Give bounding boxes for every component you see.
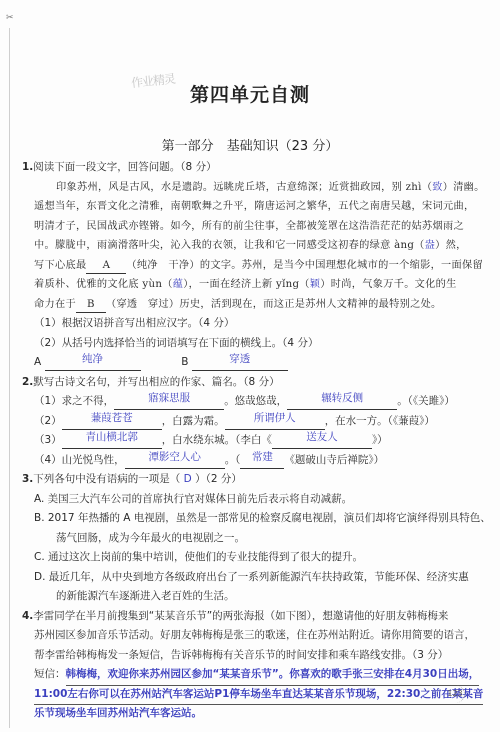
q4-answer-line: 短信：韩梅梅，欢迎你来苏州园区参加“某某音乐节”。你喜欢的歌手张三安排在4月30… xyxy=(22,665,482,685)
q4-answer-line: 乐节现场坐车回苏州站汽车客运站。 xyxy=(22,704,482,724)
q1-header: 1.阅读下面一段文字，回答问题。（8 分） xyxy=(22,158,482,178)
q4-prompt-line: 苏州园区参加音乐节活动。好朋友韩梅梅是张三的歌迷，住在苏州站附近。请你用简要的语… xyxy=(22,626,482,646)
questions: 1.阅读下面一段文字，回答问题。（8 分） 印象苏州，风是古风，水是遗韵。远眺虎… xyxy=(22,158,482,724)
q1-sub2: （2）从括号内选择恰当的词语填写在下面的横线上。（4 分） xyxy=(22,334,482,354)
blank-b: B xyxy=(76,297,106,313)
page-number: 123 xyxy=(446,685,465,703)
blank-a: A xyxy=(86,258,126,274)
q4-label: 短信： xyxy=(34,668,66,680)
q3-header: 3.下列各句中没有语病的一项是（ D ）（2 分） xyxy=(22,470,482,490)
answer-zhi: 致 xyxy=(432,182,443,193)
answer-blank-a: 纯净 xyxy=(45,355,141,371)
q4-answer-line: 11:00左右你可以在苏州站汽车客运站P1停车场坐车直达某某音乐节现场，22:3… xyxy=(22,685,482,705)
workbook-page: ✂ 作业精灵 第四单元自测 第一部分 基础知识（23 分） 1.阅读下面一段文字… xyxy=(0,0,500,732)
answer-ying: 颖 xyxy=(310,279,321,290)
scissors-icon: ✂ xyxy=(6,14,14,23)
answer-blank-b: 穿透 xyxy=(192,355,288,371)
passage-line: 中。朦胧中，雨滴滑落叶尖，沁入我的衣领，让我和它一同感受这初春的绿意 àng（盎… xyxy=(22,236,482,256)
q3-option-a: A. 美国三大汽车公司的首席执行官对媒体日前先后表示将自动减薪。 xyxy=(22,490,482,510)
passage-line: 印象苏州，风是古风，水是遗韵。远眺虎丘塔，古意绵深；近赏拙政园，别 zhì（致）… xyxy=(22,178,482,198)
q1-prompt: 阅读下面一段文字，回答问题。（8 分） xyxy=(33,161,216,173)
q2-item-4: （4）山光悦鸟性，潭影空人心。（常建《题破山寺后禅院》） xyxy=(22,451,482,471)
q3-option-c: C. 通过这次上岗前的集中培训，使他们的专业技能得到了很大的提升。 xyxy=(22,548,482,568)
q1-number: 1. xyxy=(22,161,33,173)
q1-passage: 印象苏州，风是古风，水是遗韵。远眺虎丘塔，古意绵深；近赏拙政园，别 zhì（致）… xyxy=(22,178,482,315)
q3-option-d: D. 最近几年，从中央到地方各级政府出台了一系列新能源汽车扶持政策，节能环保、经… xyxy=(22,568,482,588)
passage-line: 着质朴、优雅的文化底 yùn（蕴），一面在经济上新 yǐng（颖）时尚，气象万千… xyxy=(22,275,482,295)
passage-line: 明清才子，民国战武亦铿锵。如今，所有的前尘往事，全都被笼罩在这浩浩茫茫的姑苏烟雨… xyxy=(22,217,482,237)
passage-line: 遥想当年，东晋文化之清雅，南朝歌舞之升平，隋唐运河之繁华，五代之南唐吴越，宋词元… xyxy=(22,197,482,217)
q2-item-3: （3）青山横北郭，白水绕东城。（李白《送友人》） xyxy=(22,431,482,451)
q2-item-1: （1）求之不得，寤寐思服。悠哉悠哉，辗转反侧。（《关雎》） xyxy=(22,392,482,412)
unit-title: 第四单元自测 xyxy=(0,80,500,107)
q1-answers: A 纯净 B 穿透 xyxy=(22,353,482,373)
part-title: 第一部分 基础知识（23 分） xyxy=(0,135,500,154)
q4-answer: 韩梅梅，欢迎你来苏州园区参加“某某音乐节”。你喜欢的歌手张三安排在4月30日出场… xyxy=(66,665,480,686)
q3-option-d-cont: 的新能源汽车逐渐进入老百姓的生活。 xyxy=(22,587,482,607)
answer-ang: 盎 xyxy=(425,240,436,251)
q1-sub1: （1）根据汉语拼音写出相应汉字。（4 分） xyxy=(22,314,482,334)
passage-line: 命力在于B（穿透 穿过）历史，活到现在，而这正是苏州人文精神的最特别之处。 xyxy=(22,295,482,315)
q4-header: 4.李雷同学在半月前搜集到“某某音乐节”的两张海报（如下图），想邀请他的好朋友韩… xyxy=(22,607,482,627)
q4-prompt-line: 帮李雷给韩梅梅发一条短信，告诉韩梅梅有关音乐节的时间安排和乘车路线安排。（3 分… xyxy=(22,646,482,666)
q2-item-2: （2）蒹葭苍苍，白露为霜。所谓伊人，在水一方。（《蒹葭》） xyxy=(22,412,482,432)
cut-line xyxy=(9,28,10,728)
answer-yun: 蕴 xyxy=(173,279,184,290)
passage-line: 写下心底最A（纯净 干净）的文字。苏州，是当今中国理想化城市的一个缩影，一面保留 xyxy=(22,256,482,276)
q3-option-b: B. 2017 年热播的 A 电视剧，虽然是一部常见的检察反腐电视剧，演员们却将… xyxy=(22,509,482,529)
q2-header: 2.默写古诗文名句，并写出相应的作家、篇名。（8 分） xyxy=(22,373,482,393)
q3-answer: D xyxy=(184,473,192,485)
q3-option-b-cont: 荡气回肠，成为今年最火的电视剧之一。 xyxy=(22,529,482,549)
